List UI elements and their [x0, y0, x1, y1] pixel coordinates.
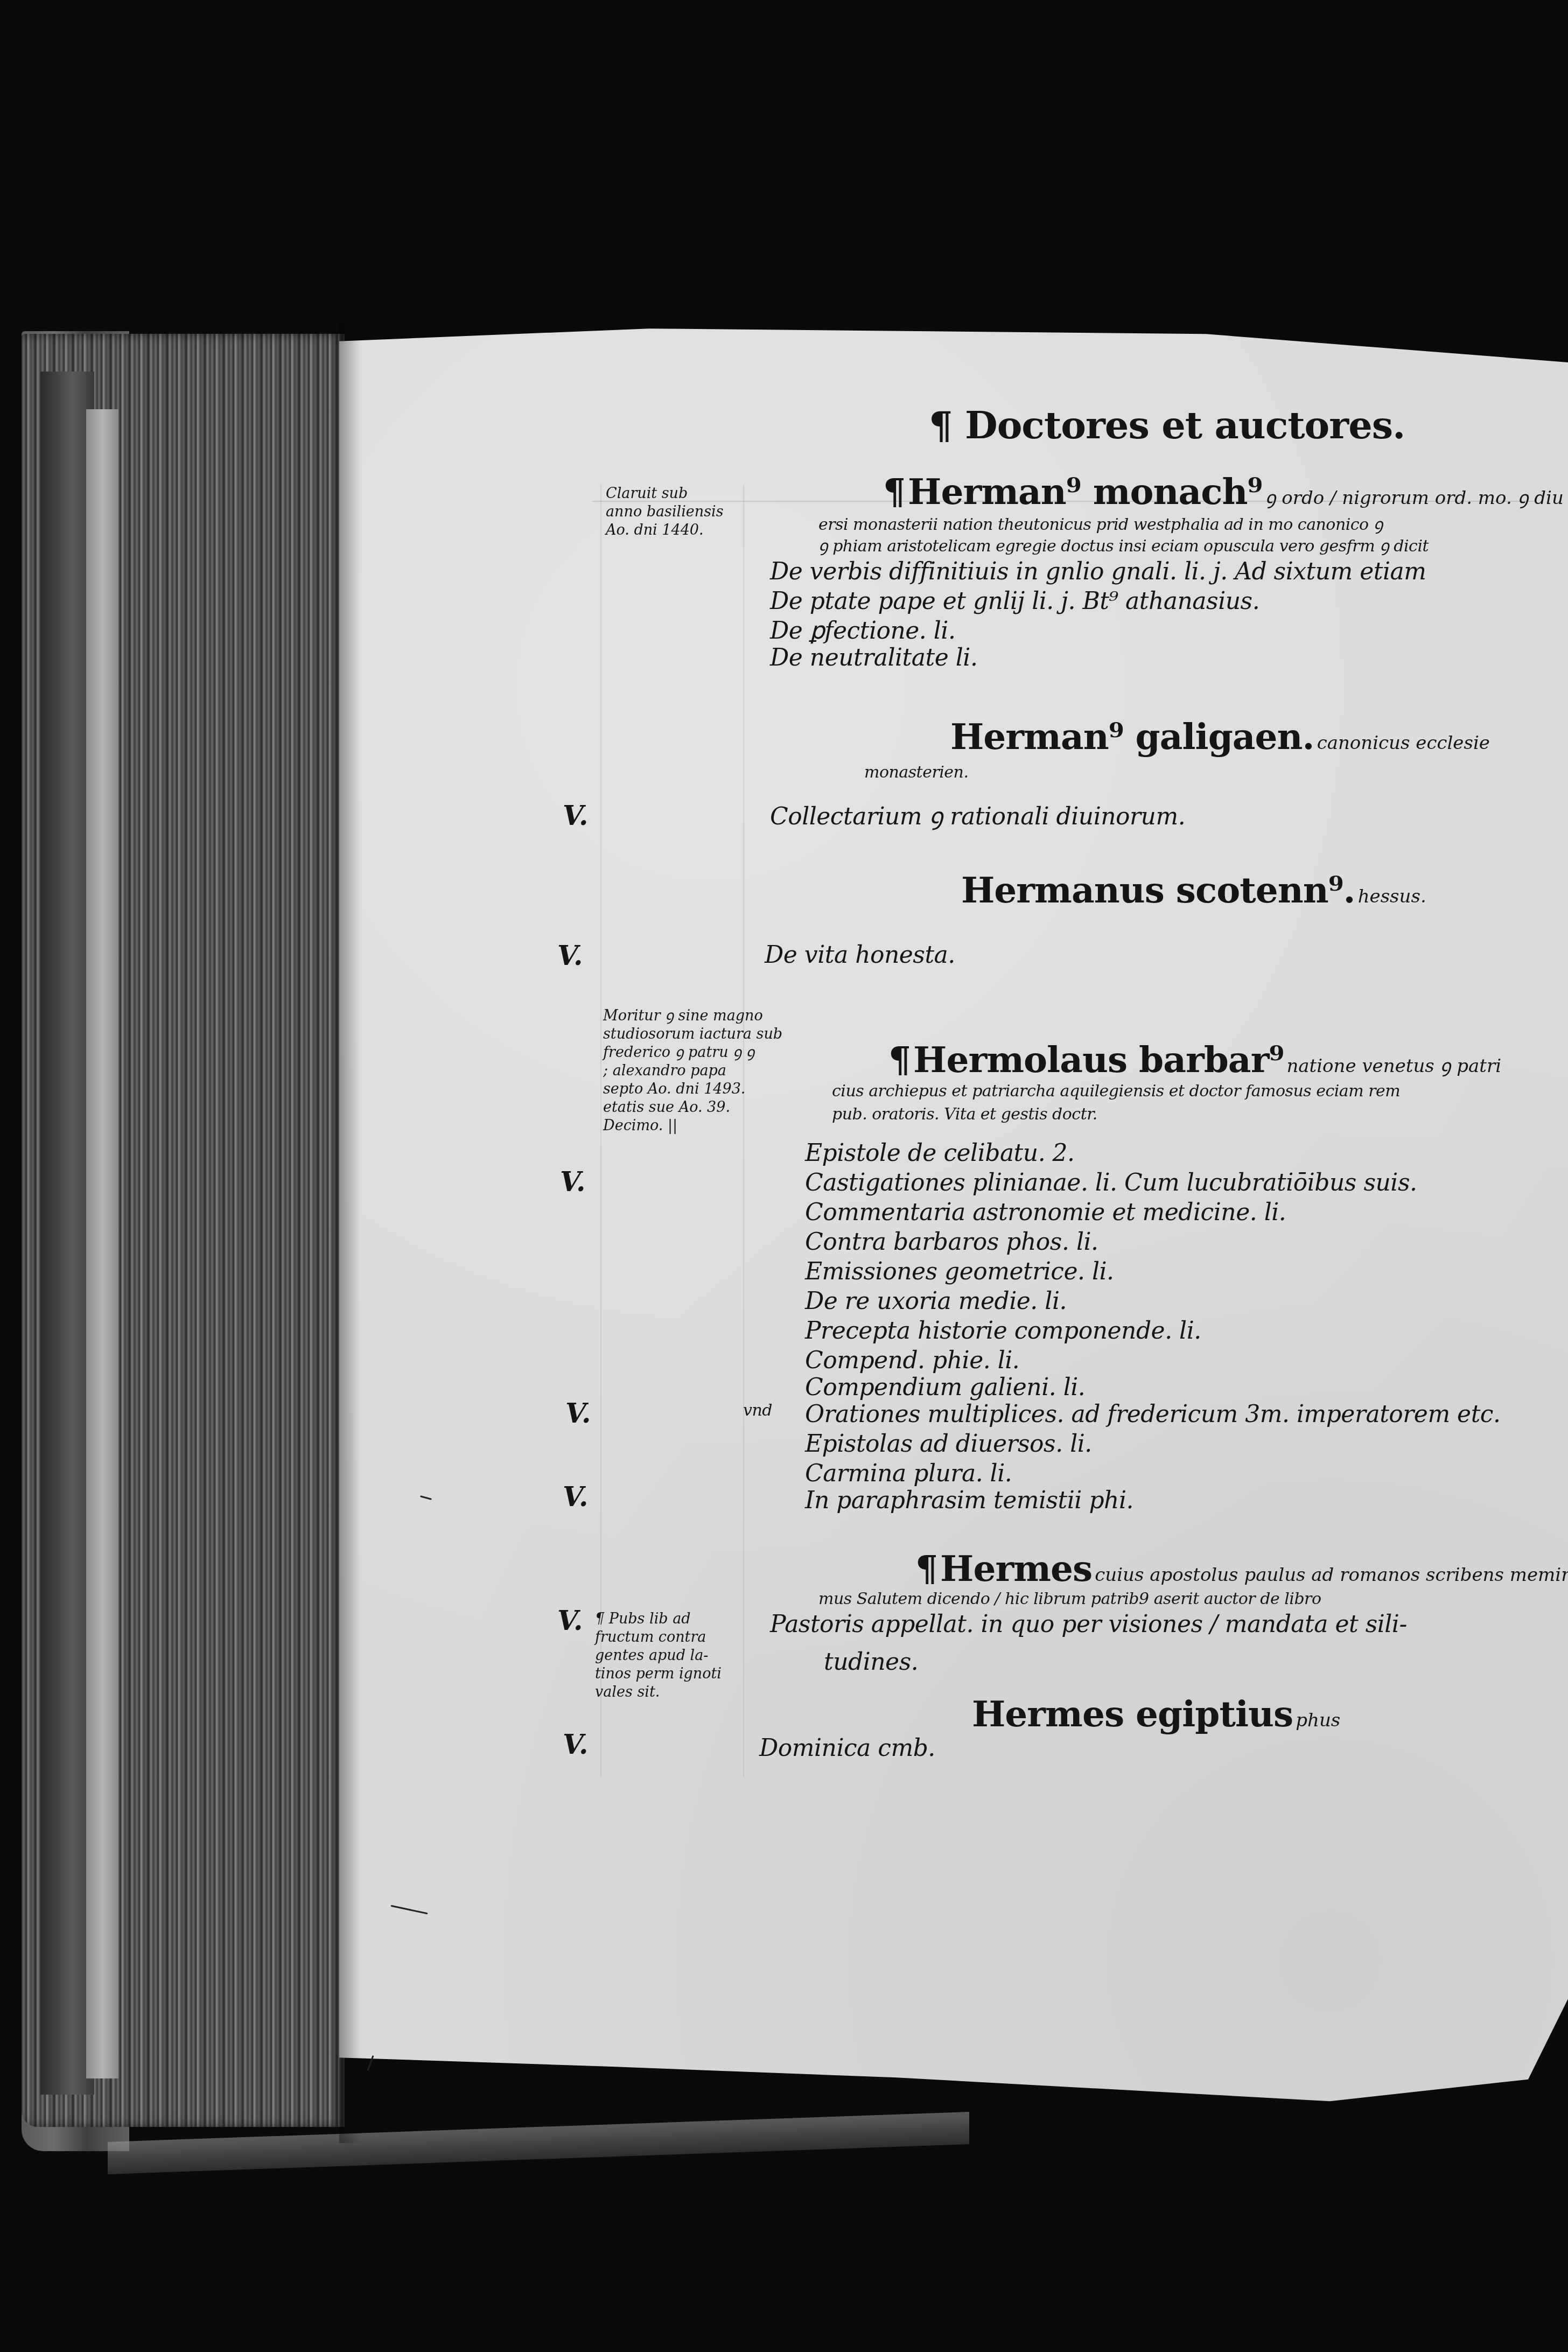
- author-name: Hermes egiptius: [972, 1693, 1293, 1735]
- work-title: De verbis diffinitiuis in gnlio gnali. l…: [770, 560, 1426, 584]
- marginal-siglum: V.: [560, 1168, 585, 1195]
- work-title: Compend. phie. li.: [805, 1349, 1019, 1373]
- margin-rule: [600, 485, 601, 1777]
- work-title: De ptate pape et gnlij li. j. Bt⁹ athana…: [770, 590, 1259, 613]
- work-title: Collectarium ꝯ rationali diuinorum.: [770, 805, 1185, 829]
- author-bio: monasterien.: [864, 765, 968, 781]
- pilcrow-mark: ¶: [888, 1039, 911, 1081]
- marginal-siglum: V.: [557, 1607, 583, 1634]
- author-bio: Pastoris appellat. in quo per visiones /…: [770, 1613, 1407, 1636]
- work-title: Dominica cmb.: [759, 1737, 935, 1760]
- work-title: Compendium galieni. li.: [805, 1376, 1085, 1399]
- work-title: De vita honesta.: [765, 943, 955, 967]
- page-heading-text: Doctores et auctores.: [965, 403, 1405, 447]
- author-bio: natione venetus ꝯ patri: [1286, 1055, 1501, 1077]
- book-binding-strip: [86, 409, 118, 2078]
- gutter-shadow: [339, 323, 361, 2143]
- work-title: De neutralitate li.: [770, 646, 977, 670]
- pilcrow-mark: ¶: [915, 1548, 937, 1590]
- work-title: De ꝑfectione. li.: [770, 619, 955, 643]
- marginal-siglum: V.: [565, 1400, 591, 1427]
- author-bio: pub. oratoris. Vita et gestis doctr.: [832, 1107, 1097, 1123]
- marginal-siglum: V.: [563, 1483, 588, 1510]
- page-heading: ¶ Doctores et auctores.: [929, 407, 1405, 444]
- entry-heading: ¶ Hermolaus barbar⁹ natione venetus ꝯ pa…: [888, 1042, 1501, 1077]
- work-title: Contra barbaros phos. li.: [805, 1230, 1098, 1254]
- author-bio: cius archiepus et patriarcha aquilegiens…: [832, 1083, 1400, 1100]
- entry-heading: Herman⁹ galigaen. canonicus ecclesie: [950, 719, 1490, 754]
- marginal-note-vnd: vnd: [743, 1403, 772, 1419]
- work-title: Emissiones geometrice. li.: [805, 1260, 1114, 1284]
- author-name: Herman⁹ galigaen.: [950, 716, 1314, 758]
- margin-note: Claruit sub anno basiliensis Ao. dni 144…: [606, 485, 724, 540]
- work-title: Orationes multiplices. ad fredericum 3m.…: [805, 1403, 1500, 1426]
- author-name: Hermolaus barbar⁹: [913, 1039, 1284, 1081]
- pilcrow-mark: ¶: [929, 403, 953, 447]
- work-title: Precepta historie componende. li.: [805, 1319, 1201, 1343]
- author-bio: cuius apostolus paulus ad romanos scribe…: [1095, 1564, 1568, 1586]
- margin-note: Moritur ꝯ sine magno studiosorum iactura…: [603, 1007, 782, 1135]
- marginal-siglum: V.: [563, 802, 588, 829]
- author-bio: ꝯ ordo / nigrorum ord. mo. ꝯ diu: [1265, 487, 1563, 509]
- author-bio: hessus.: [1358, 886, 1426, 907]
- margin-note: ¶ Pubs lib ad fructum contra gentes apud…: [595, 1610, 722, 1702]
- author-bio: mus Salutem dicendo / hic librum patrib9…: [818, 1591, 1321, 1607]
- marginal-siglum: V.: [563, 1731, 588, 1758]
- work-title: Commentaria astronomie et medicine. li.: [805, 1201, 1286, 1224]
- work-title: De re uxoria medie. li.: [805, 1290, 1067, 1313]
- author-bio: ersi monasterii nation theutonicus prid …: [818, 517, 1383, 533]
- entry-heading: ¶ Herman⁹ monach⁹ ꝯ ordo / nigrorum ord.…: [883, 474, 1564, 509]
- author-name: Hermes: [940, 1548, 1092, 1590]
- work-title: Epistole de celibatu. 2.: [805, 1142, 1075, 1165]
- entry-heading: Hermanus scotenn⁹. hessus.: [961, 872, 1426, 908]
- author-bio: tudines.: [824, 1650, 918, 1674]
- pilcrow-mark: ¶: [883, 471, 905, 513]
- marginal-siglum: V.: [557, 942, 583, 969]
- work-title: Epistolas ad diuersos. li.: [805, 1432, 1092, 1456]
- entry-heading: Hermes egiptius phus: [972, 1696, 1340, 1732]
- author-name: Hermanus scotenn⁹.: [961, 869, 1355, 911]
- work-title: In paraphrasim temistii phi.: [805, 1489, 1133, 1513]
- work-title: Carmina plura. li.: [805, 1462, 1012, 1486]
- author-bio: canonicus ecclesie: [1317, 732, 1490, 754]
- author-bio: phus: [1296, 1710, 1340, 1731]
- author-name: Herman⁹ monach⁹: [908, 471, 1262, 513]
- author-bio: ꝯ phiam aristotelicam egregie doctus ins…: [818, 538, 1429, 555]
- entry-heading: ¶ Hermes cuius apostolus paulus ad roman…: [915, 1551, 1568, 1586]
- work-title: Castigationes plinianae. li. Cum lucubra…: [805, 1171, 1417, 1195]
